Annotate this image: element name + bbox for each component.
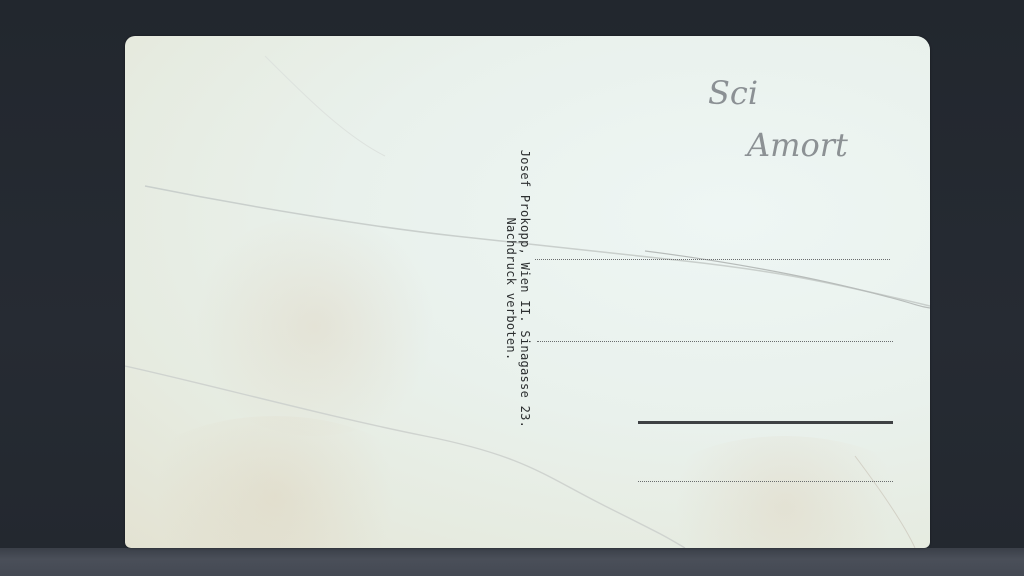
publisher-imprint: Josef Prokopp, Wien II. Sinagasse 23. Na…: [504, 139, 532, 439]
address-line-4: [638, 481, 893, 482]
handwritten-note-line2: Amort: [747, 126, 848, 164]
address-line-2: [537, 341, 893, 342]
handwritten-note-line1: Sci: [708, 74, 758, 112]
imprint-publisher: Josef Prokopp, Wien II. Sinagasse 23.: [518, 139, 532, 439]
display-ledge: [0, 548, 1024, 576]
postcard-back: Josef Prokopp, Wien II. Sinagasse 23. Na…: [125, 36, 930, 548]
address-line-3-solid: [638, 421, 893, 424]
imprint-copyright: Nachdruck verboten.: [504, 139, 518, 439]
address-line-1: [535, 259, 890, 260]
